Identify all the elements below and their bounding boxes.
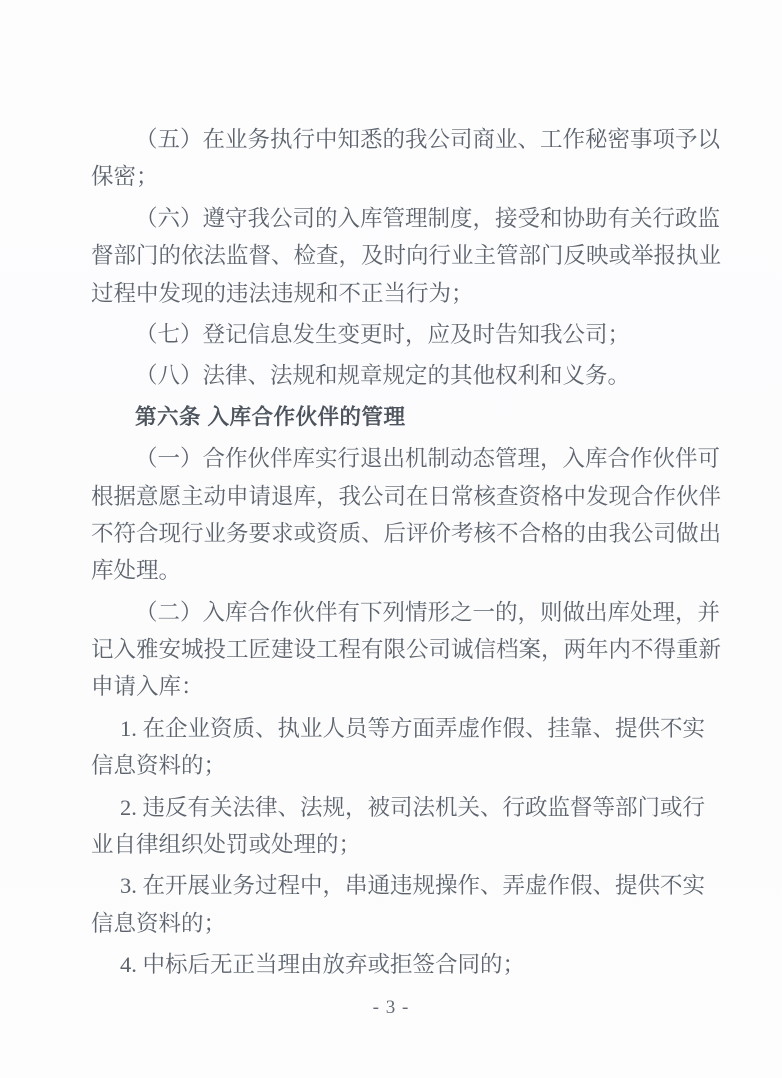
numbered-item-line: 3. 在开展业务过程中，串通违规操作、弄虚作假、提供不实: [91, 867, 739, 904]
text-line: 信息资料的；: [91, 747, 739, 784]
text-line: （二）入库合作伙伴有下列情形之一的，则做出库处理，并: [91, 594, 739, 631]
text-line: 保密；: [91, 158, 739, 195]
text-line: 不符合现行业务要求或资质、后评价考核不合格的由我公司做出: [91, 515, 739, 552]
text-line: 记入雅安城投工匠建设工程有限公司诚信档案，两年内不得重新: [91, 631, 739, 668]
text-line: （七）登记信息发生变更时，应及时告知我公司；: [91, 316, 739, 353]
text-line: （一）合作伙伴库实行退出机制动态管理，入库合作伙伴可: [91, 440, 739, 477]
numbered-item-line: 2. 违反有关法律、法规，被司法机关、行政监督等部门或行: [91, 789, 739, 826]
text-line: 业自律组织处罚或处理的；: [91, 826, 739, 863]
text-line: （八）法律、法规和规章规定的其他权利和义务。: [91, 357, 739, 394]
text-line: 根据意愿主动申请退库，我公司在日常核查资格中发现合作伙伴: [91, 478, 739, 515]
numbered-item-line: 1. 在企业资质、执业人员等方面弄虚作假、挂靠、提供不实: [91, 710, 739, 747]
text-line: （六）遵守我公司的入库管理制度，接受和协助有关行政监: [91, 200, 739, 237]
document-page: （五）在业务执行中知悉的我公司商业、工作秘密事项予以 保密； （六）遵守我公司的…: [0, 0, 782, 1078]
text-line: 过程中发现的违法违规和不正当行为；: [91, 275, 739, 312]
text-line: 申请入库：: [91, 668, 739, 705]
text-line: 督部门的依法监督、检查，及时向行业主管部门反映或举报执业: [91, 237, 739, 274]
page-number: - 3 -: [0, 997, 782, 1019]
text-line: （五）在业务执行中知悉的我公司商业、工作秘密事项予以: [91, 121, 739, 158]
text-line: 信息资料的；: [91, 905, 739, 942]
text-line: 库处理。: [91, 552, 739, 589]
section-heading: 第六条 入库合作伙伴的管理: [91, 399, 739, 436]
document-body: （五）在业务执行中知悉的我公司商业、工作秘密事项予以 保密； （六）遵守我公司的…: [91, 121, 739, 984]
numbered-item-line: 4. 中标后无正当理由放弃或拒签合同的；: [91, 946, 739, 983]
